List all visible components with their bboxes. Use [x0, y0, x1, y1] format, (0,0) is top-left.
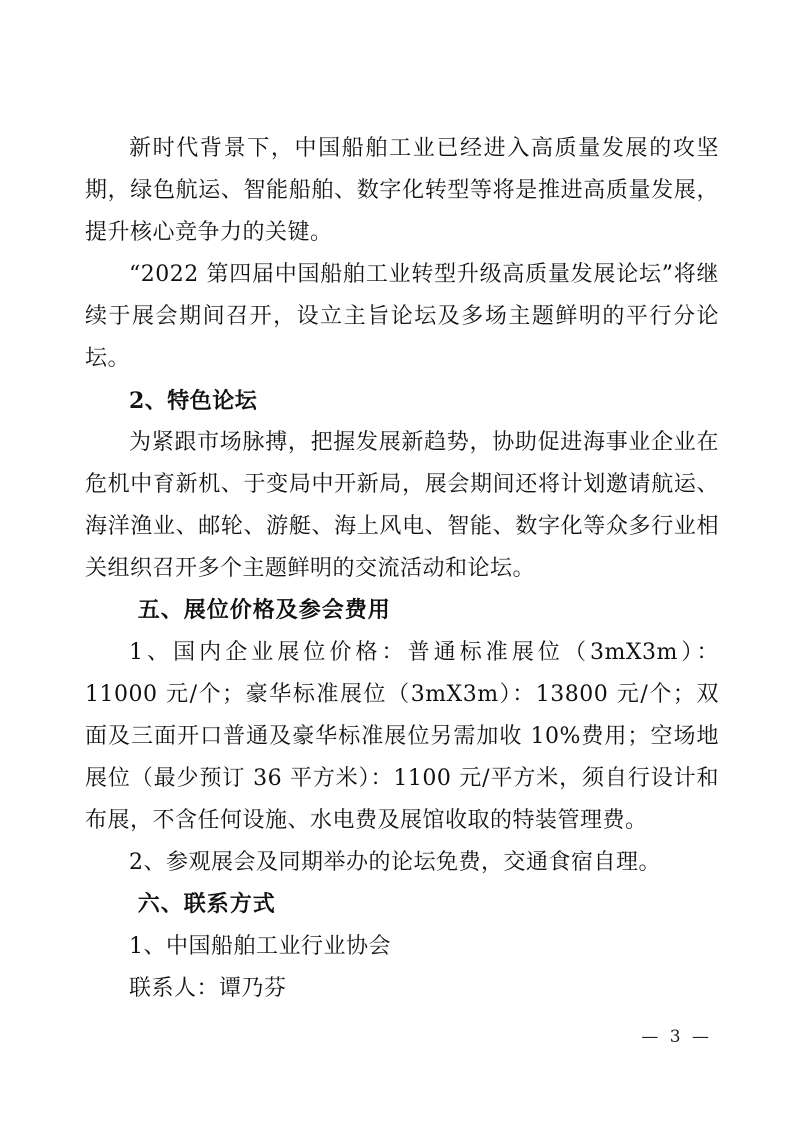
section-heading-contact-info: 六、联系方式 — [85, 884, 719, 926]
paragraph-contact-person: 联系人：谭乃芬 — [85, 968, 719, 1010]
page-content: 新时代背景下，中国船舶工业已经进入高质量发展的攻坚期，绿色航运、智能船舶、数字化… — [85, 128, 719, 1010]
paragraph-free-admission: 2、参观展会及同期举办的论坛免费，交通食宿自理。 — [85, 842, 719, 884]
subheading-special-forums: 2、特色论坛 — [85, 380, 719, 422]
paragraph-industry-background: 新时代背景下，中国船舶工业已经进入高质量发展的攻坚期，绿色航运、智能船舶、数字化… — [85, 128, 719, 254]
page-number: — 3 — — [641, 1026, 712, 1048]
section-heading-booth-prices-and-fees: 五、展位价格及参会费用 — [85, 590, 719, 632]
document-page: 新时代背景下，中国船舶工业已经进入高质量发展的攻坚期，绿色航运、智能船舶、数字化… — [0, 0, 800, 1131]
paragraph-forum-industries: 为紧跟市场脉搏，把握发展新趋势，协助促进海事业企业在危机中育新机、于变局中开新局… — [85, 422, 719, 590]
paragraph-2022-forum: “2022 第四届中国船舶工业转型升级高质量发展论坛”将继续于展会期间召开，设立… — [85, 254, 719, 380]
paragraph-association-name: 1、中国船舶工业行业协会 — [85, 926, 719, 968]
paragraph-domestic-booth-prices: 1、国内企业展位价格：普通标准展位（3mX3m）：11000 元/个；豪华标准展… — [85, 632, 719, 842]
